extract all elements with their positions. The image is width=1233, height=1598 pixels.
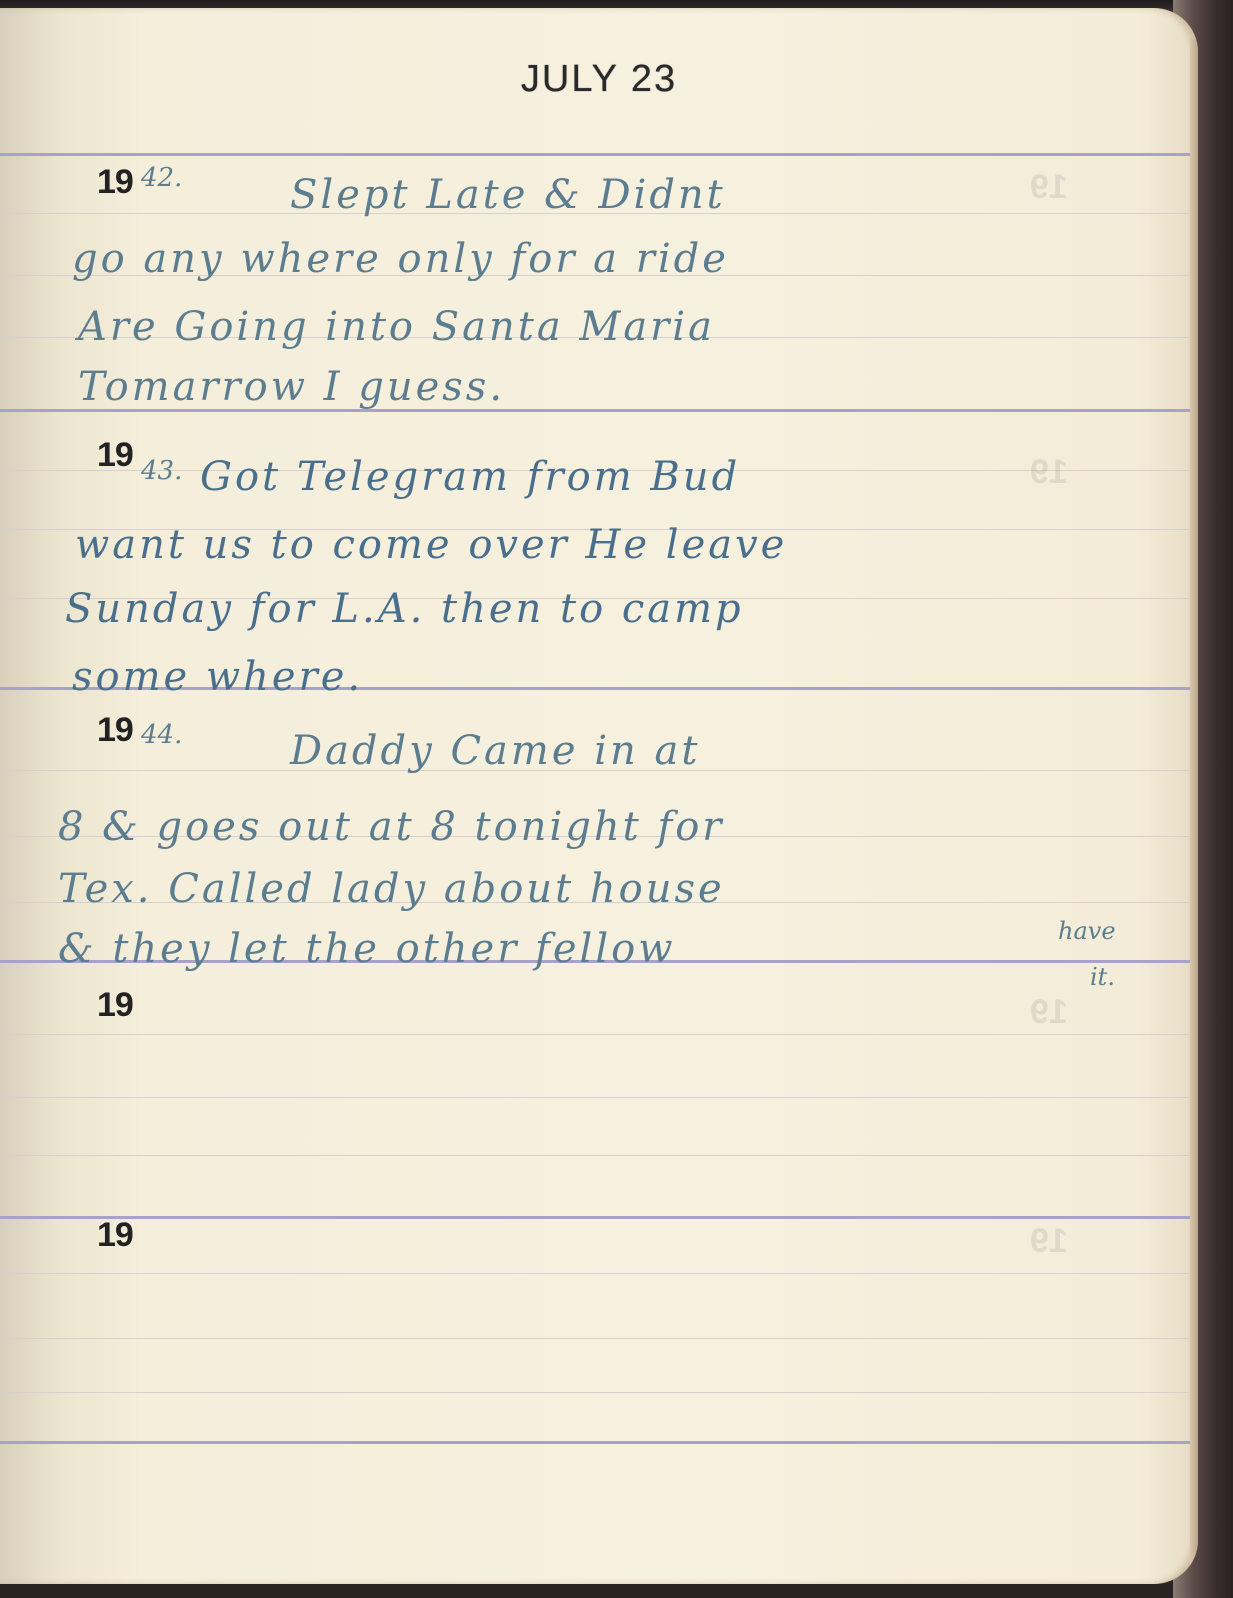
diary-page: JULY 23 19 19 19 19 19 42. Slept Late & … <box>0 8 1198 1584</box>
handwritten-line: some where. <box>72 648 363 706</box>
handwritten-line: Tex. Called lady about house <box>58 860 725 918</box>
bleed-through-year: 19 <box>1030 993 1068 1032</box>
ruled-line <box>0 1392 1198 1393</box>
handwritten-line: & they let the other fellow <box>58 920 675 978</box>
ruled-line <box>0 1034 1198 1035</box>
handwritten-line: Are Going into Santa Maria <box>78 298 715 356</box>
ruled-line <box>0 153 1198 156</box>
bleed-through-year: 19 <box>1030 168 1068 207</box>
ruled-line <box>0 1273 1198 1274</box>
bleed-through-year: 19 <box>1030 1222 1068 1261</box>
handwritten-margin-note: it. <box>1090 964 1115 990</box>
year-suffix-handwritten: 43. <box>141 456 182 486</box>
handwritten-line: Got Telegram from Bud <box>200 448 740 506</box>
handwritten-line: Sunday for L.A. then to camp <box>65 580 744 638</box>
year-suffix-handwritten: 42. <box>141 163 182 193</box>
handwritten-line: 8 & goes out at 8 tonight for <box>58 798 724 856</box>
page-date-heading: JULY 23 <box>0 58 1198 101</box>
year-label: 19 <box>97 1216 133 1255</box>
ruled-line <box>0 1338 1198 1339</box>
year-suffix-handwritten: 44. <box>141 720 182 750</box>
handwritten-line: Daddy Came in at <box>290 722 700 780</box>
year-label: 19 <box>97 986 133 1025</box>
year-label: 19 <box>97 163 133 202</box>
year-label: 19 <box>97 436 133 475</box>
page-edge <box>1190 38 1198 1578</box>
bleed-through-year: 19 <box>1030 453 1068 492</box>
ruled-line <box>0 1216 1198 1219</box>
handwritten-line: Slept Late & Didnt <box>290 166 726 224</box>
year-label: 19 <box>97 711 133 750</box>
handwritten-line: go any where only for a ride <box>72 230 729 288</box>
ruled-line <box>0 1155 1198 1156</box>
handwritten-line: Tomarrow I guess. <box>78 358 505 416</box>
handwritten-margin-note: have <box>1058 918 1116 944</box>
ruled-line <box>0 1097 1198 1098</box>
ruled-line <box>0 1441 1198 1444</box>
handwritten-line: want us to come over He leave <box>75 516 787 574</box>
